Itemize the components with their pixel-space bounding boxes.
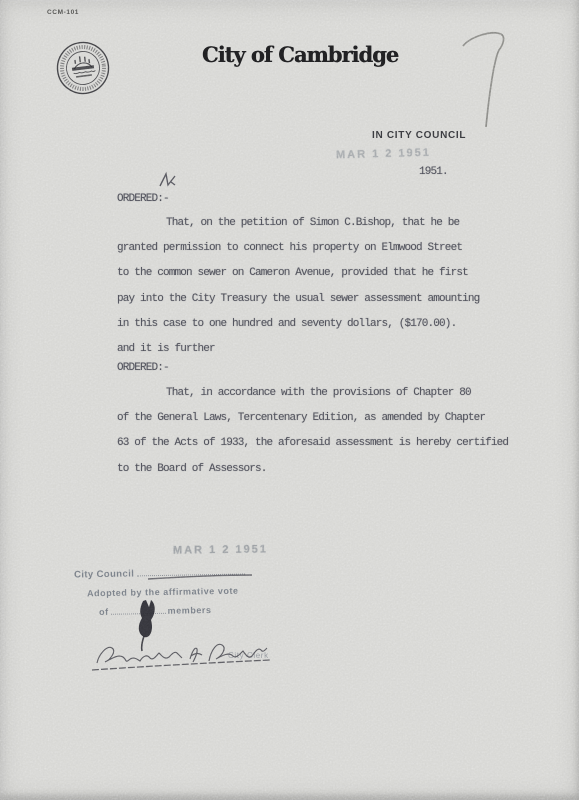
ordered-heading-1: ORDERED:- bbox=[117, 193, 169, 205]
page-title: City of Cambridge bbox=[200, 42, 400, 67]
signature-underline bbox=[92, 660, 270, 670]
council-heading: IN CITY COUNCIL bbox=[372, 130, 466, 141]
vote-count-ink-blob-tail bbox=[142, 636, 144, 651]
typed-year: 1951. bbox=[419, 166, 448, 178]
typed-line: 63 of the Acts of 1933, the aforesaid as… bbox=[117, 431, 537, 456]
received-date-stamp: MAR 1 2 1951 bbox=[336, 147, 431, 161]
typed-line: in this case to one hundred and seventy … bbox=[117, 312, 537, 337]
typed-line: That, on the petition of Simon C.Bishop,… bbox=[117, 211, 537, 236]
typed-line: of the General Laws, Tercentenary Editio… bbox=[117, 406, 537, 431]
clerk-title-label: City Clerk bbox=[228, 651, 269, 660]
typed-line: pay into the City Treasury the usual sew… bbox=[117, 287, 537, 312]
of-label: of bbox=[99, 607, 109, 617]
typed-line: granted permission to connect his proper… bbox=[117, 236, 537, 261]
city-seal-icon bbox=[54, 39, 112, 97]
city-council-label: City Council bbox=[74, 568, 134, 580]
fill-in-line bbox=[137, 566, 245, 577]
typed-line: That, in accordance with the provisions … bbox=[117, 381, 537, 406]
ink-scribble bbox=[160, 174, 175, 186]
ordered-heading-2: ORDERED:- bbox=[117, 362, 169, 374]
document-page: CCM-101 City of Cambridge IN CITY COUNCI… bbox=[0, 0, 579, 800]
fill-in-line bbox=[111, 605, 166, 615]
form-number: CCM-101 bbox=[47, 9, 79, 16]
pencil-mark-7 bbox=[463, 33, 504, 127]
council-stamp-row: City Council bbox=[74, 566, 245, 581]
vote-count-row: ofmembers bbox=[99, 604, 212, 617]
ordinance-paragraph-1: That, on the petition of Simon C.Bishop,… bbox=[117, 211, 537, 362]
members-label: members bbox=[168, 605, 212, 616]
ordinance-paragraph-2: That, in accordance with the provisions … bbox=[117, 381, 537, 482]
adopted-vote-line: Adopted by the affirmative vote bbox=[87, 586, 239, 599]
typed-line: and it is further bbox=[117, 337, 537, 362]
adoption-date-stamp: MAR 1 2 1951 bbox=[173, 543, 268, 556]
typed-line: to the common sewer on Cameron Avenue, p… bbox=[117, 261, 537, 286]
typed-line: to the Board of Assessors. bbox=[117, 457, 537, 482]
